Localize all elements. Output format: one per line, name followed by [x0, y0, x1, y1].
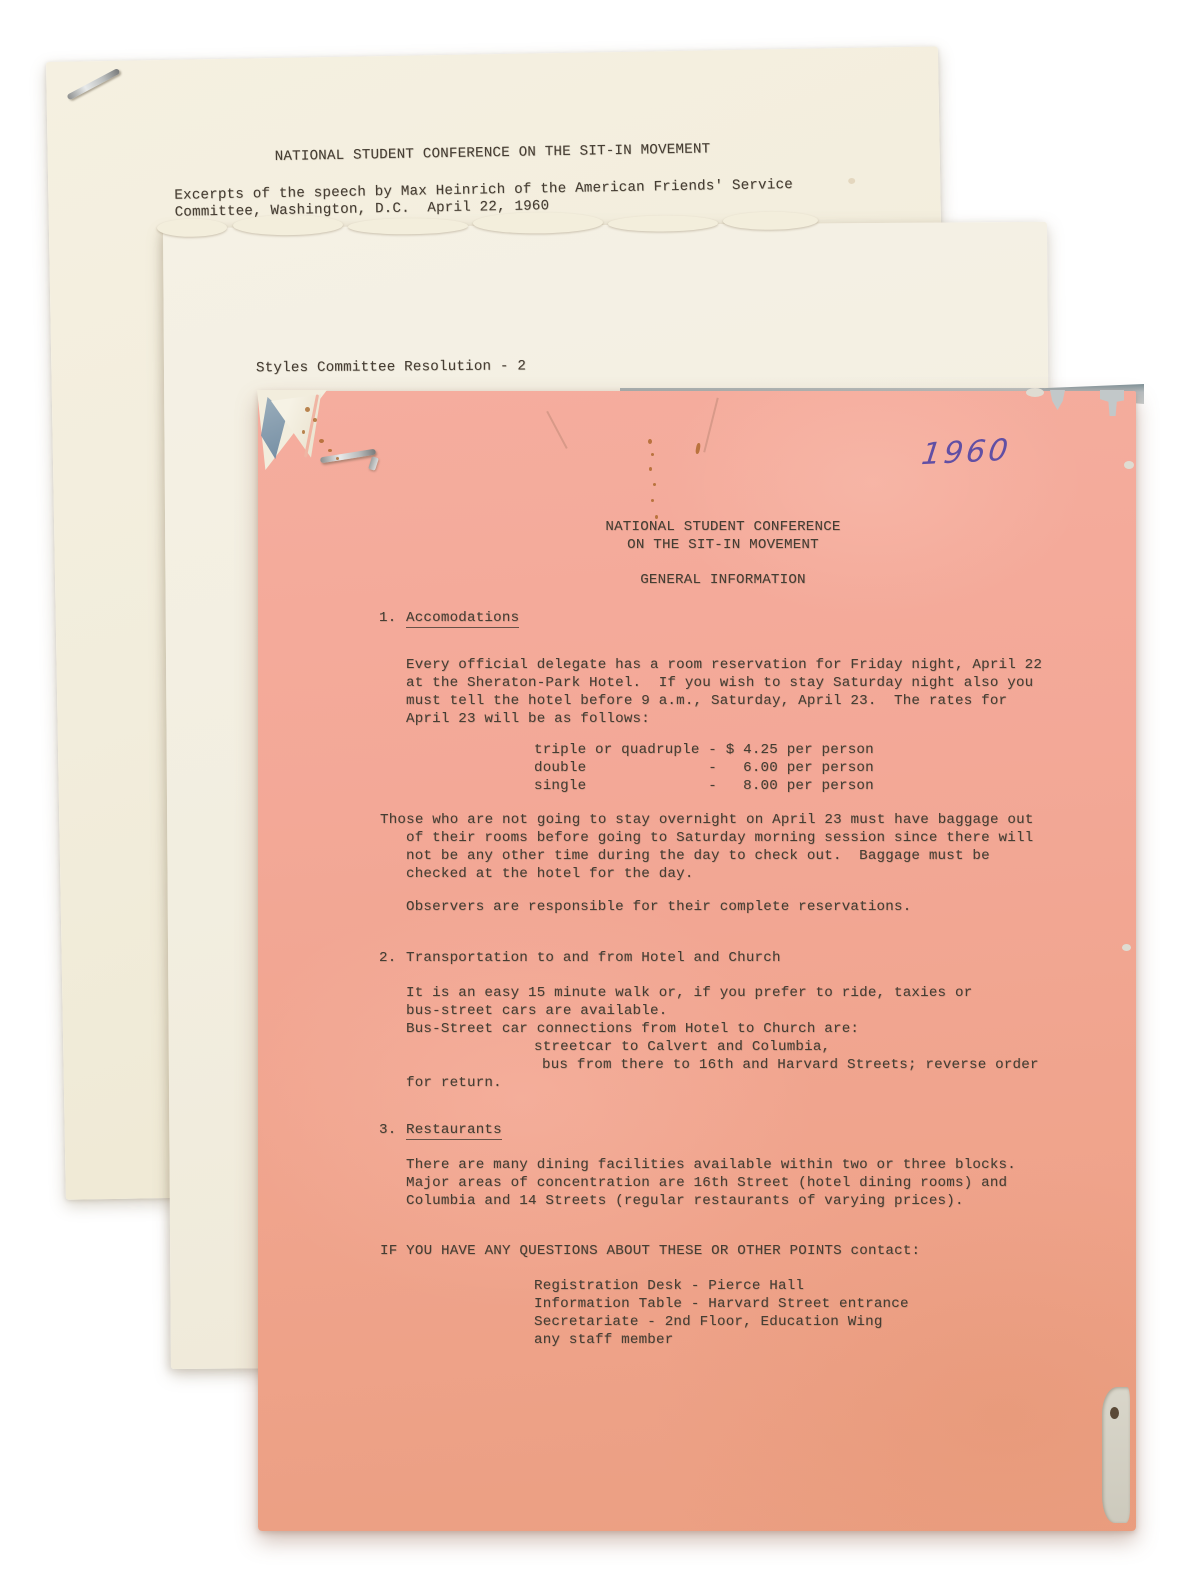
torn-edge [348, 218, 468, 235]
pink-page-title: NATIONAL STUDENT CONFERENCE ON THE SIT-I… [423, 518, 1023, 554]
rate-line: triple or quadruple - $ 4.25 per person [534, 741, 874, 759]
foxing-spot [848, 178, 855, 184]
section1-para1-line: must tell the hotel before 9 a.m., Satur… [406, 692, 1007, 710]
section1-para2-line: checked at the hotel for the day. [406, 865, 694, 883]
section3-number: 3. [379, 1121, 396, 1139]
scratch [546, 411, 567, 449]
pink-page-subtitle-block: GENERAL INFORMATION [423, 571, 1023, 589]
pink-page-subtitle: GENERAL INFORMATION [423, 571, 1023, 589]
section2-subline: bus from there to 16th and Harvard Stree… [542, 1056, 1039, 1074]
back-page-title: NATIONAL STUDENT CONFERENCE ON THE SIT-I… [275, 140, 711, 166]
gray-drip [1050, 390, 1065, 410]
torn-edge [157, 219, 227, 237]
section1-para1-line: Every official delegate has a room reser… [406, 656, 1042, 674]
handwritten-year: 1960 [919, 433, 1012, 473]
contact-heading: IF YOU HAVE ANY QUESTIONS ABOUT THESE OR… [380, 1242, 920, 1260]
rust-spot [648, 439, 652, 444]
middle-page-heading: Styles Committee Resolution - 2 [256, 357, 526, 377]
section2-heading: Transportation to and from Hotel and Chu… [406, 949, 781, 967]
document-photo: NATIONAL STUDENT CONFERENCE ON THE SIT-I… [0, 0, 1200, 1581]
contact-line: Information Table - Harvard Street entra… [534, 1295, 909, 1313]
pink-title-line1: NATIONAL STUDENT CONFERENCE [423, 518, 1023, 536]
rust-spot [649, 467, 652, 471]
gray-drip [1100, 390, 1124, 416]
section2-number: 2. [379, 949, 396, 967]
rust-spot [328, 449, 332, 452]
section1-para1-line: at the Sheraton-Park Hotel. If you wish … [406, 674, 1033, 692]
contact-line: Secretariate - 2nd Floor, Education Wing [534, 1313, 883, 1331]
edge-nick [1026, 388, 1044, 397]
section1-para2-line: not be any other time during the day to … [406, 847, 990, 865]
section2-line: It is an easy 15 minute walk or, if you … [406, 984, 972, 1002]
rust-spot [653, 483, 656, 486]
contact-line: Registration Desk - Pierce Hall [534, 1277, 804, 1295]
section3-para-line: Major areas of concentration are 16th St… [406, 1174, 1007, 1192]
rust-spot [305, 407, 310, 412]
scratch [703, 398, 718, 453]
section2-line: Bus-Street car connections from Hotel to… [406, 1020, 859, 1038]
section1-para2-line: Those who are not going to stay overnigh… [380, 811, 1034, 829]
edge-nick [1124, 461, 1134, 469]
section2-line: bus-street cars are available. [406, 1002, 667, 1020]
torn-edge [233, 215, 343, 236]
section2-subline: streetcar to Calvert and Columbia, [534, 1038, 830, 1056]
section1-para2-line: of their rooms before going to Saturday … [406, 829, 1033, 847]
torn-hole [1110, 1407, 1119, 1419]
section3-para-line: Columbia and 14 Streets (regular restaur… [406, 1192, 964, 1210]
pink-title-line2: ON THE SIT-IN MOVEMENT [423, 536, 1023, 554]
rate-line: double - 6.00 per person [534, 759, 874, 777]
contact-line: any staff member [534, 1331, 673, 1349]
rate-line: single - 8.00 per person [534, 777, 874, 795]
staple [66, 68, 120, 101]
edge-nick [1122, 944, 1131, 951]
section3-para-line: There are many dining facilities availab… [406, 1156, 1016, 1174]
section1-number: 1. [379, 609, 396, 627]
rust-spot [319, 439, 324, 443]
rust-mark [695, 443, 701, 455]
rust-spot [651, 453, 654, 456]
staple-end [368, 456, 379, 471]
section2-closing: for return. [406, 1074, 502, 1092]
section1-para3: Observers are responsible for their comp… [406, 898, 911, 916]
section1-heading: Accomodations [406, 609, 519, 627]
pink-page-general-information: 1960 NATIONAL STUDENT CONFERENCE ON THE … [258, 391, 1136, 1531]
rust-spot [651, 499, 654, 502]
torn-edge [723, 211, 818, 230]
rust-spot [336, 457, 339, 460]
rust-spot [302, 430, 305, 434]
section1-para1-line: April 23 will be as follows: [406, 710, 650, 728]
torn-edge [608, 215, 718, 232]
rust-spot [313, 418, 317, 422]
torn-edge [473, 212, 603, 234]
section3-heading: Restaurants [406, 1121, 502, 1139]
